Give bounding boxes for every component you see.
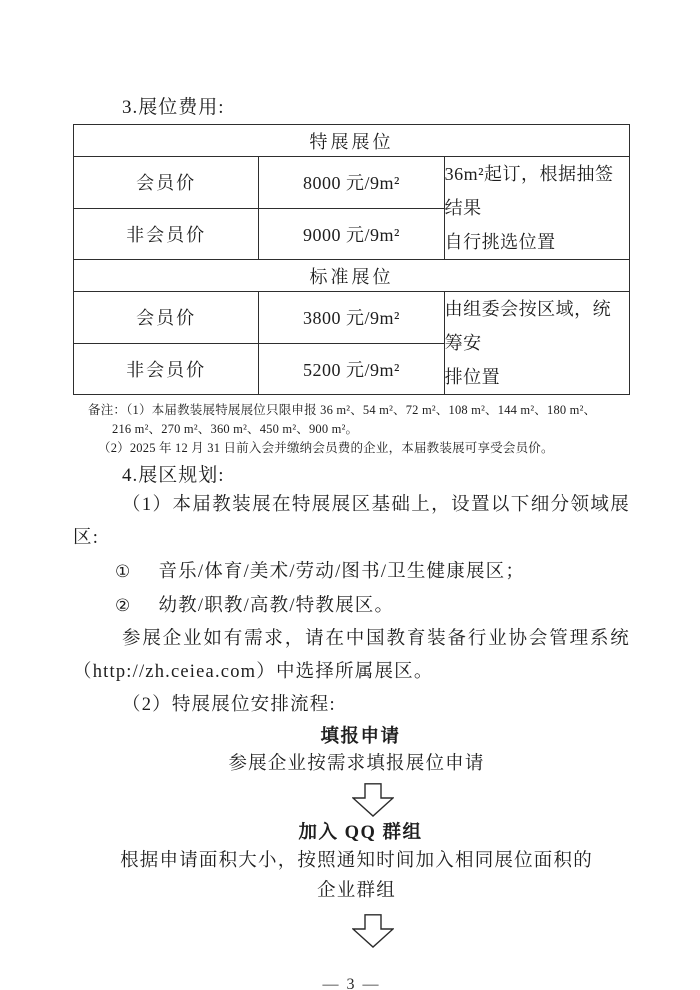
special-booth-title: 特展展位 xyxy=(74,125,630,157)
standard-booth-title: 标准展位 xyxy=(74,260,630,292)
list-item-text: 幼教/职教/高教/特教展区。 xyxy=(158,589,394,623)
system-selection-paragraph: 参展企业如有需求，请在中国教育装备行业协会管理系统（http://zh.ceie… xyxy=(73,623,630,689)
flow-step-desc: 根据申请面积大小，按照通知时间加入相同展位面积的 企业群组 xyxy=(78,846,635,906)
circled-number-icon: ① xyxy=(115,555,131,589)
flow-step-title: 填报申请 xyxy=(82,724,639,750)
zone-intro-paragraph: （1）本届教装展在特展展区基础上，设置以下细分领域展区: xyxy=(73,489,630,555)
special-booth-note: 36m²起订，根据抽签结果 自行挑选位置 xyxy=(444,157,629,260)
fee-section-heading: 3.展位费用: xyxy=(122,96,630,120)
list-item: ① 音乐/体育/美术/劳动/图书/卫生健康展区； xyxy=(115,555,630,589)
nonmember-price-label: 非会员价 xyxy=(74,208,259,260)
remark-line: 216 m²、270 m²、360 m²、450 m²、900 m²。 xyxy=(112,420,630,439)
flow-step-title: 加入 QQ 群组 xyxy=(82,820,639,846)
nonmember-price-label: 非会员价 xyxy=(74,343,259,395)
standard-booth-note: 由组委会按区域，统筹安 排位置 xyxy=(444,292,629,395)
down-arrow-icon xyxy=(94,914,651,948)
remark-line: 备注：（1）本届教装展特展展位只限申报 36 m²、54 m²、72 m²、10… xyxy=(88,401,630,420)
member-price-value: 8000 元/9m² xyxy=(259,157,444,209)
nonmember-price-value: 5200 元/9m² xyxy=(259,343,444,395)
down-arrow-icon xyxy=(94,783,651,817)
member-price-value: 3800 元/9m² xyxy=(259,292,444,344)
page-number: — 3 — xyxy=(73,975,630,990)
fee-table: 特展展位 会员价 8000 元/9m² 36m²起订，根据抽签结果 自行挑选位置… xyxy=(73,124,630,395)
list-item-text: 音乐/体育/美术/劳动/图书/卫生健康展区； xyxy=(158,555,525,589)
flow-step-desc: 参展企业按需求填报展位申请 xyxy=(78,750,635,778)
member-price-label: 会员价 xyxy=(74,157,259,209)
nonmember-price-value: 9000 元/9m² xyxy=(259,208,444,260)
member-price-label: 会员价 xyxy=(74,292,259,344)
table-row: 会员价 3800 元/9m² 由组委会按区域，统筹安 排位置 xyxy=(74,292,630,344)
table-row: 特展展位 xyxy=(74,125,630,157)
table-row: 会员价 8000 元/9m² 36m²起订，根据抽签结果 自行挑选位置 xyxy=(74,157,630,209)
zone-section-heading: 4.展区规划: xyxy=(122,463,630,489)
document-page: 3.展位费用: 特展展位 会员价 8000 元/9m² 36m²起订，根据抽签结… xyxy=(0,0,700,990)
list-item: ② 幼教/职教/高教/特教展区。 xyxy=(115,589,630,623)
circled-number-icon: ② xyxy=(115,589,131,623)
flow-intro-line: （2）特展展位安排流程: xyxy=(73,689,630,722)
remark-line: （2）2025 年 12 月 31 日前入会并缴纳会员费的企业，本届教装展可享受… xyxy=(98,439,630,458)
table-row: 标准展位 xyxy=(74,260,630,292)
remarks-block: 备注：（1）本届教装展特展展位只限申报 36 m²、54 m²、72 m²、10… xyxy=(73,401,630,458)
flowchart: 填报申请 参展企业按需求填报展位申请 加入 QQ 群组 根据申请面积大小，按照通… xyxy=(73,724,630,948)
